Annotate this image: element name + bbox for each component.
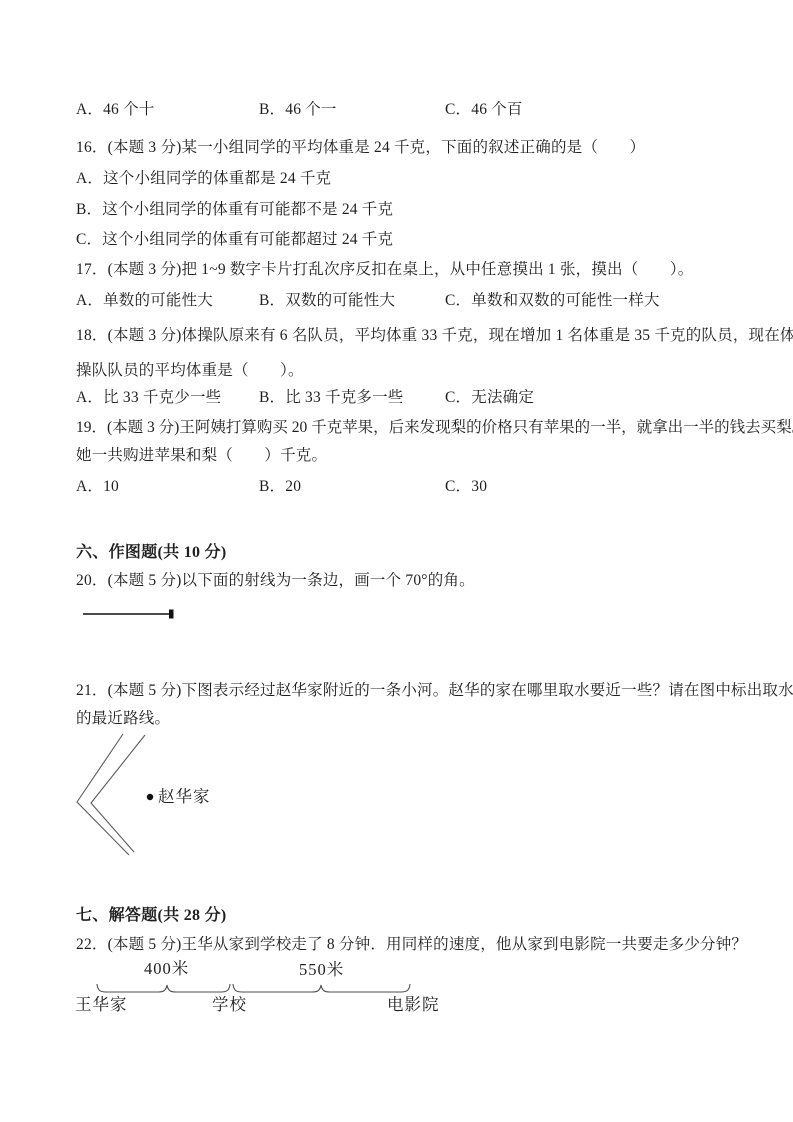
q21-stem-line1: 21．(本题 5 分)下图表示经过赵华家附近的一条小河。赵华的家在哪里取水要近一… [76, 682, 793, 699]
q16-option-a: A．这个小组同学的体重都是 24 千克 [76, 170, 331, 187]
q18-option-b: B．比 33 千克多一些 [259, 389, 404, 406]
q18-stem-line1: 18．(本题 3 分)体操队原来有 6 名队员，平均体重 33 千克，现在增加 … [76, 327, 793, 344]
q15-option-b: B．46 个一 [259, 101, 337, 118]
q18-stem-line2: 操队队员的平均体重是（ ）。 [76, 362, 304, 379]
exam-page: A．46 个十 B．46 个一 C．46 个百 16．(本题 3 分)某一小组同… [0, 0, 793, 1122]
home-point-label: 赵华家 [158, 788, 211, 806]
q15-option-a: A．46 个十 [76, 101, 154, 118]
q19-stem-line1: 19．(本题 3 分)王阿姨打算购买 20 千克苹果，后来发现梨的价格只有苹果的… [76, 419, 793, 436]
home-point-dot [147, 794, 153, 800]
q16-option-c: C．这个小组同学的体重有可能都超过 24 千克 [76, 231, 393, 248]
q16-option-b: B．这个小组同学的体重有可能都不是 24 千克 [76, 201, 393, 218]
location-label-home: 王华家 [75, 996, 128, 1014]
q17-option-c: C．单数和双数的可能性一样大 [445, 292, 660, 309]
q18-option-c: C．无法确定 [445, 389, 534, 406]
q17-stem: 17．(本题 3 分)把 1~9 数字卡片打乱次序反扣在桌上，从中任意摸出 1 … [76, 261, 694, 278]
section-7-header: 七、解答题(共 28 分) [76, 907, 227, 924]
ray-figure [83, 605, 178, 623]
section-6-header: 六、作图题(共 10 分) [76, 544, 227, 561]
river-bank-inner [91, 735, 145, 852]
q19-option-b: B．20 [259, 478, 301, 495]
q20-stem: 20．(本题 5 分)以下面的射线为一条边，画一个 70°的角。 [76, 572, 475, 589]
q18-option-a: A．比 33 千克少一些 [76, 389, 221, 406]
q15-option-c: C．46 个百 [445, 101, 523, 118]
ray-endpoint-mark [169, 610, 174, 619]
brace-right-550m [233, 984, 410, 992]
q17-option-b: B．双数的可能性大 [259, 292, 395, 309]
q19-stem-line2: 她一共购进苹果和梨（ ）千克。 [76, 447, 327, 464]
brace-left-400m [97, 984, 230, 992]
q19-option-c: C．30 [445, 478, 487, 495]
ray-svg [83, 605, 178, 623]
q17-option-a: A．单数的可能性大 [76, 292, 213, 309]
q22-stem: 22．(本题 5 分)王华从家到学校走了 8 分钟．用同样的速度，他从家到电影院… [76, 936, 747, 953]
q16-stem: 16．(本题 3 分)某一小组同学的平均体重是 24 千克，下面的叙述正确的是（… [76, 139, 645, 156]
location-label-school: 学校 [212, 996, 247, 1014]
q19-option-a: A．10 [76, 478, 119, 495]
location-label-cinema: 电影院 [387, 996, 440, 1014]
